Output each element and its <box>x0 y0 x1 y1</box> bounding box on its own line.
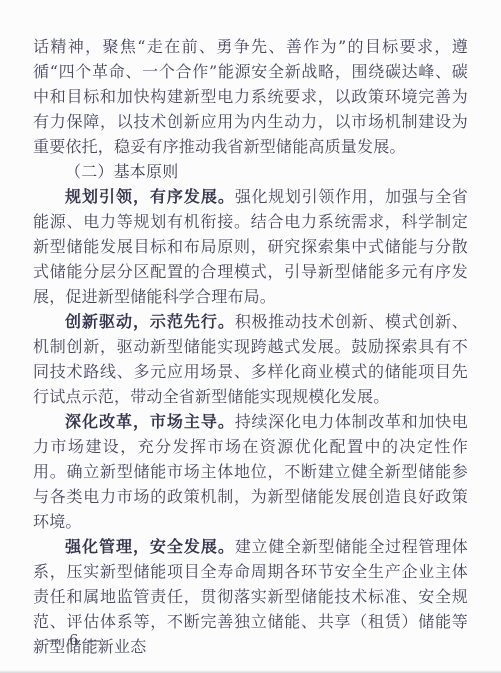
paragraph-lead: 创新驱动，示范先行。 <box>65 312 235 331</box>
paragraph-intro-continuation: 话精神，聚焦“走在前、勇争先、善作为”的目标要求，遵循“四个革命、一个合作”能源… <box>33 34 468 159</box>
section-heading: （二）基本原则 <box>33 159 468 184</box>
paragraph-principle-innovation: 创新驱动，示范先行。积极推动技术创新、模式创新、机制创新，驱动新型储能实现跨越式… <box>33 309 468 409</box>
paragraph-principle-planning: 规划引领，有序发展。强化规划引领作用，加强与全省能源、电力等规划有机衔接。结合电… <box>33 184 468 309</box>
document-page: 话精神，聚焦“走在前、勇争先、善作为”的目标要求，遵循“四个革命、一个合作”能源… <box>0 0 501 673</box>
paragraph-body: 话精神，聚焦“走在前、勇争先、善作为”的目标要求，遵循“四个革命、一个合作”能源… <box>33 37 468 156</box>
paragraph-principle-reform: 深化改革，市场主导。持续深化电力体制改革和加快电力市场建设，充分发挥市场在资源优… <box>33 409 468 534</box>
paragraph-lead: 强化管理，安全发展。 <box>65 537 235 556</box>
paragraph-lead: 深化改革，市场主导。 <box>65 412 235 431</box>
paragraph-lead: 规划引领，有序发展。 <box>65 187 235 206</box>
page-number: — 6 — <box>46 633 103 649</box>
